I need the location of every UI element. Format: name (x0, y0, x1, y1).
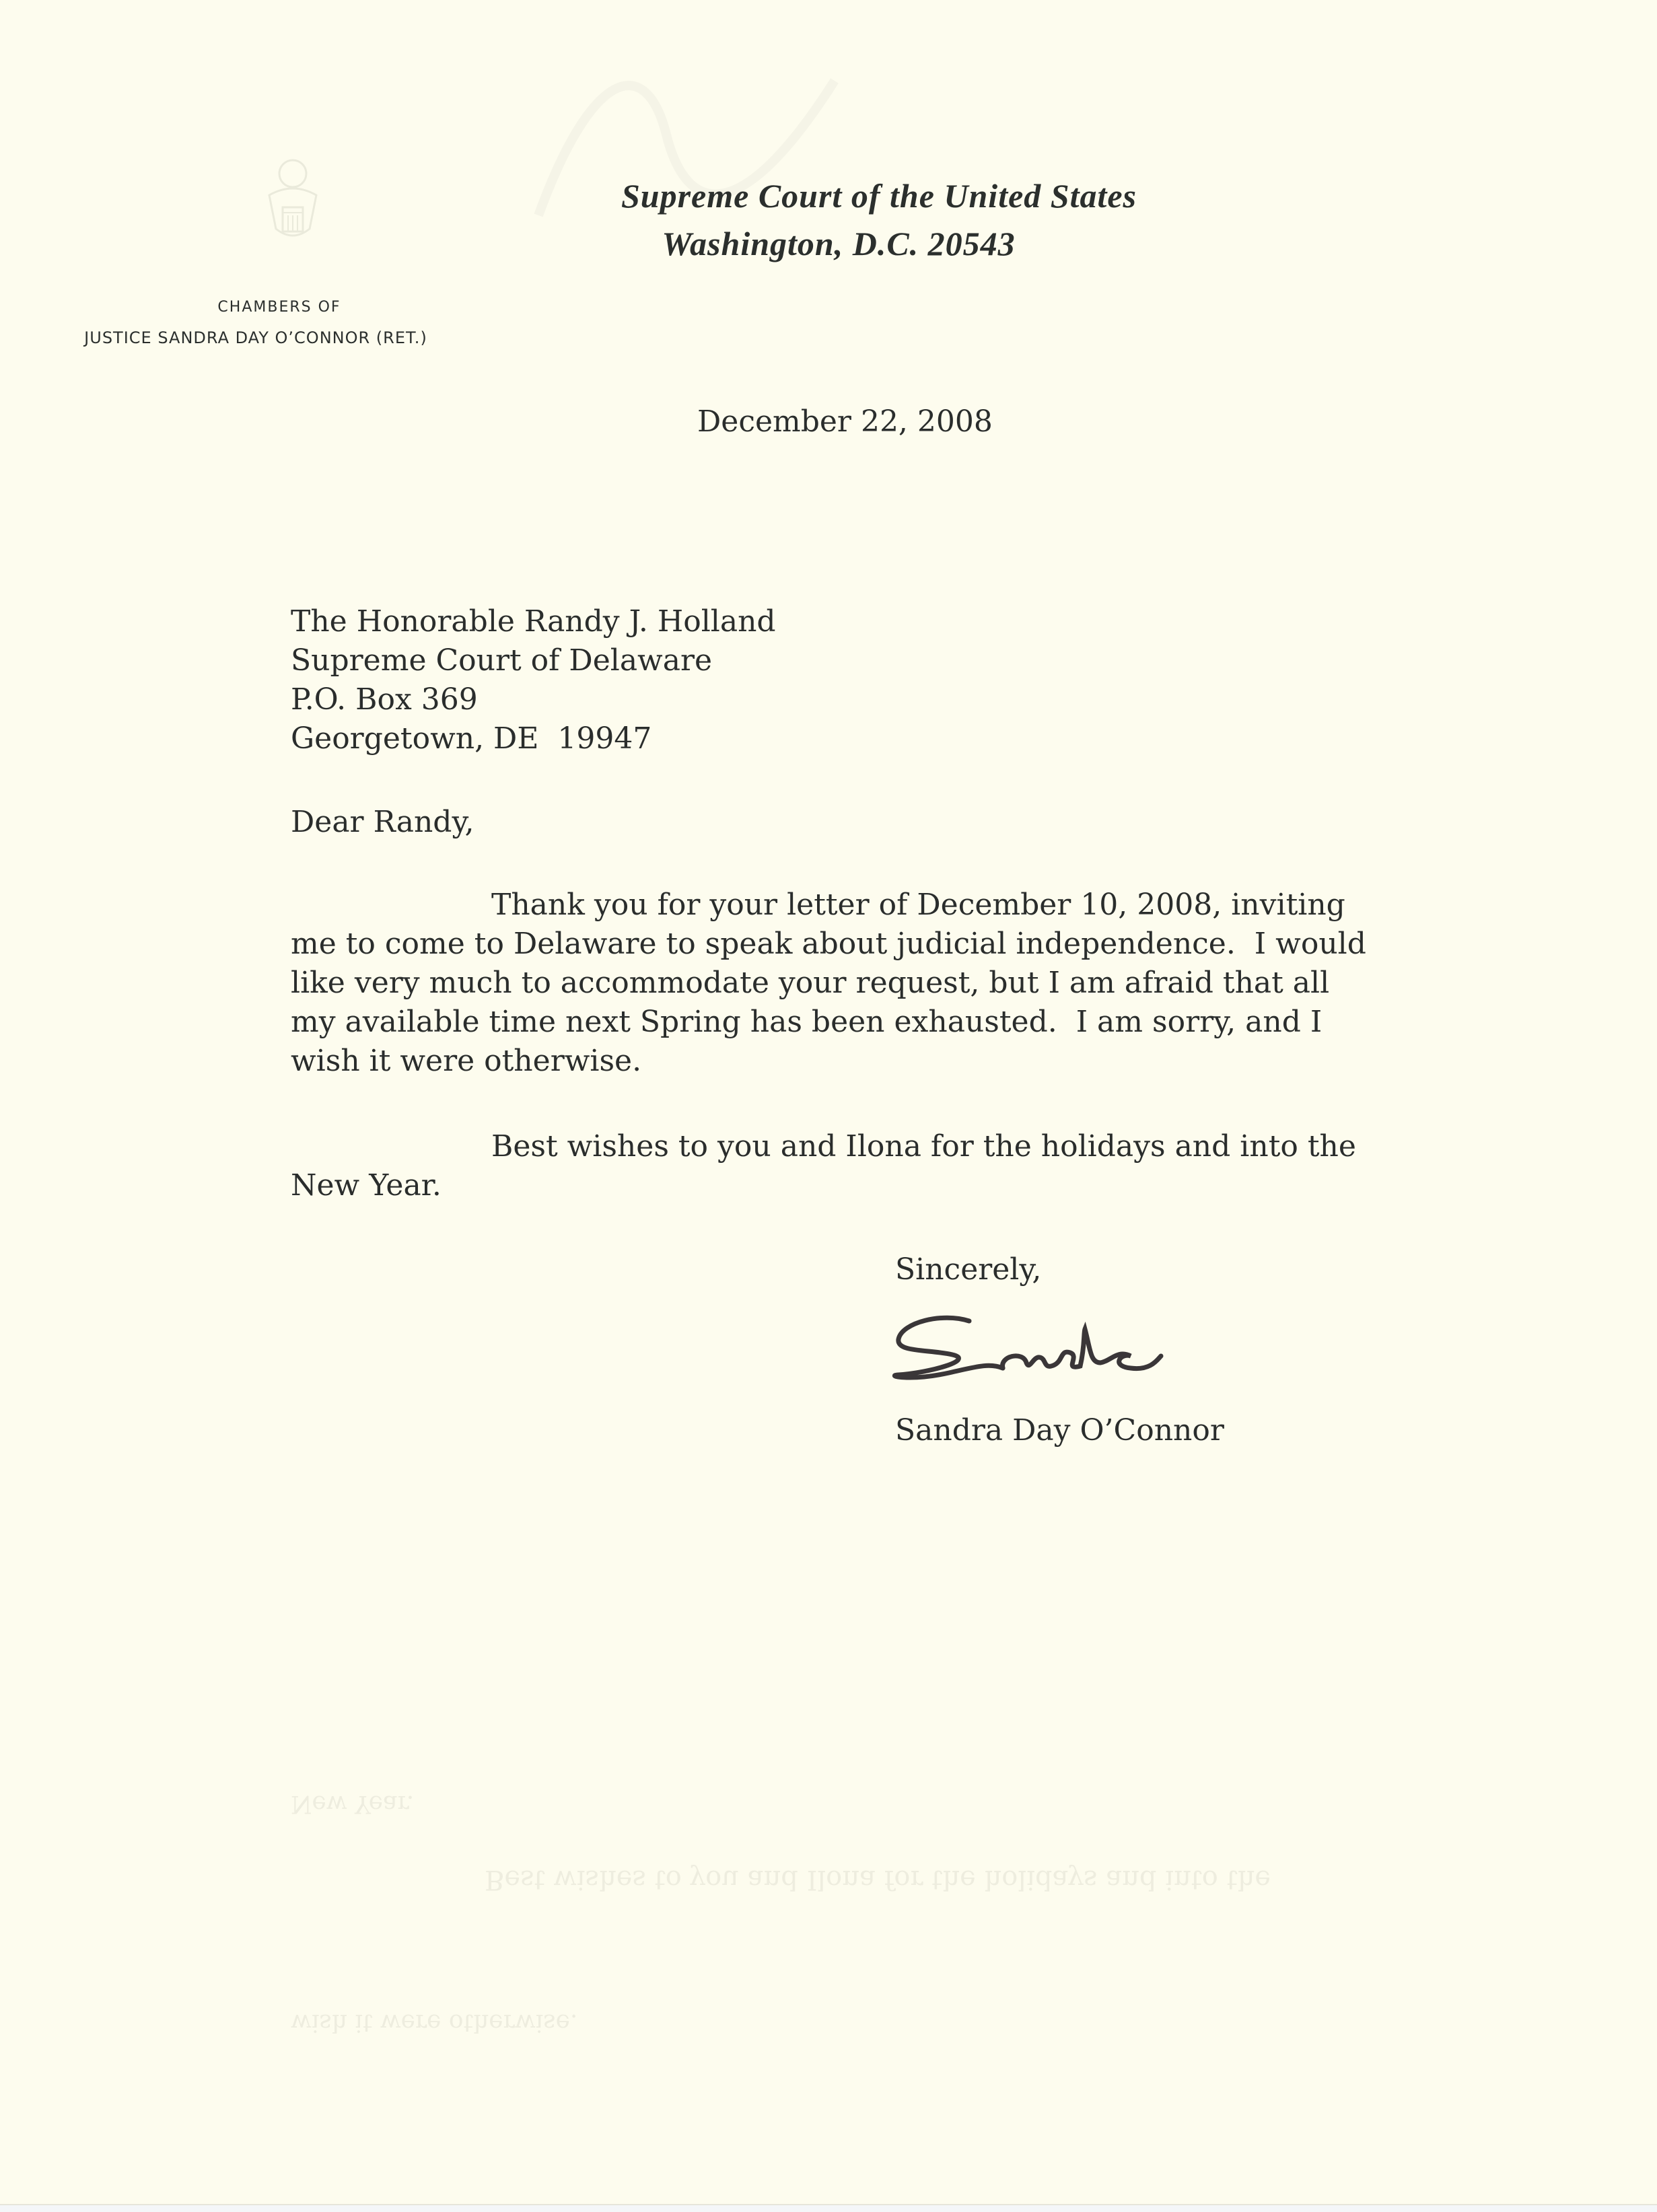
recipient-organization: Supreme Court of Delaware (291, 641, 776, 680)
paragraph-line: my available time next Spring has been e… (291, 1003, 1395, 1042)
body-paragraph: Thank you for your letter of December 10… (291, 886, 1395, 1081)
show-through-text: New Year. (291, 1790, 414, 1818)
recipient-city-state-zip: Georgetown, DE 19947 (291, 719, 776, 758)
body-paragraph: Best wishes to you and Ilona for the hol… (291, 1127, 1395, 1205)
letter-page: Supreme Court of the United States Washi… (0, 0, 1657, 2205)
letterhead-court-name: Supreme Court of the United States (0, 176, 1657, 215)
handwritten-signature (888, 1309, 1211, 1390)
paragraph-line: Best wishes to you and Ilona for the hol… (291, 1127, 1395, 1166)
letterhead-justice-name: JUSTICE SANDRA DAY O’CONNOR (RET.) (0, 328, 512, 347)
paragraph-line: wish it were otherwise. (291, 1042, 1395, 1081)
paragraph-line: Thank you for your letter of December 10… (291, 886, 1395, 925)
paragraph-line: New Year. (291, 1166, 1395, 1205)
recipient-po-box: P.O. Box 369 (291, 680, 776, 719)
letter-date: December 22, 2008 (697, 402, 993, 441)
closing: Sincerely, (895, 1250, 1041, 1289)
recipient-address: The Honorable Randy J. Holland Supreme C… (291, 602, 776, 758)
letterhead-chambers-label: CHAMBERS OF (0, 299, 512, 316)
signer-name: Sandra Day O’Connor (895, 1411, 1224, 1450)
paragraph-line: me to come to Delaware to speak about ju… (291, 925, 1395, 964)
salutation: Dear Randy, (291, 803, 474, 842)
recipient-name: The Honorable Randy J. Holland (291, 602, 776, 641)
letterhead-court-address: Washington, D.C. 20543 (0, 224, 1657, 263)
show-through-text: Best wishes to you and Ilona for the hol… (485, 1864, 1271, 1895)
show-through-text: wish it were otherwise. (291, 2009, 577, 2036)
paragraph-line: like very much to accommodate your reque… (291, 964, 1395, 1003)
